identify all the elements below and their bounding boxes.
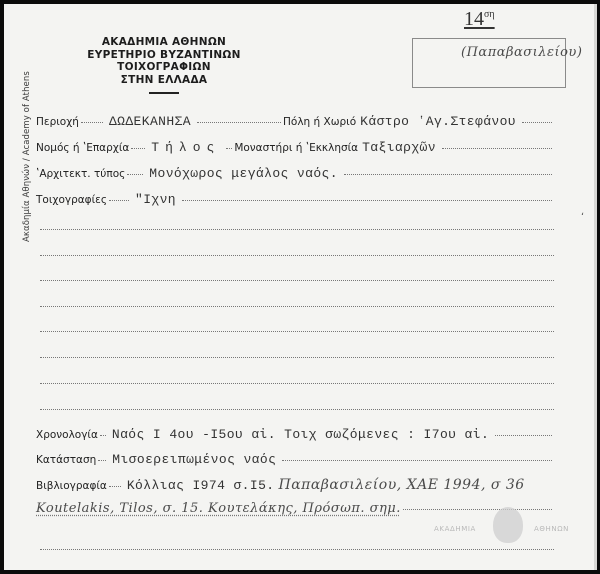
header-rule bbox=[149, 92, 179, 94]
pencil-mark: ʻ bbox=[581, 212, 584, 223]
arch-type-value: Μονόχωρος μεγάλος ναός. bbox=[145, 166, 342, 181]
header-line-index: ΕΥΡΕΤΗΡΙΟ ΒΥΖΑΝΤΙΝΩΝ ΤΟΙΧΟΓΡΑΦΙΩΝ bbox=[44, 49, 284, 74]
card-header: ΑΚΑΔΗΜΙΑ ΑΘΗΝΩΝ ΕΥΡΕΤΗΡΙΟ ΒΥΖΑΝΤΙΝΩΝ ΤΟΙ… bbox=[44, 36, 284, 94]
dot-leader bbox=[282, 459, 552, 461]
blank-line bbox=[40, 229, 554, 230]
prefecture-label: Νομός ή ʽΕπαρχία bbox=[36, 142, 129, 154]
dot-leader bbox=[131, 147, 145, 149]
bibliography-handwritten-1: Παπαβασιλείου, ΧΑΕ 1994, σ 36 bbox=[278, 477, 524, 493]
dot-leader bbox=[127, 173, 143, 175]
condition-value: Μισοερειπωμένος ναός bbox=[108, 452, 280, 467]
arch-type-label: ʽΑρχιτεκτ. τύπος bbox=[36, 168, 125, 180]
blank-line bbox=[40, 409, 554, 410]
frescoes-value: ʺΙχνη bbox=[131, 192, 180, 207]
blank-line bbox=[40, 383, 554, 384]
catalog-stamp-box: (Παπαβασιλείου) bbox=[412, 38, 566, 88]
catalog-number-value: 14 bbox=[464, 8, 484, 30]
header-line-academy: ΑΚΑΔΗΜΙΑ ΑΘΗΝΩΝ bbox=[44, 36, 284, 49]
dot-leader bbox=[98, 459, 106, 461]
bibliography-handwritten-2: Koutelakis, Tilos, σ. 15. Κουτελάκης, Πρ… bbox=[36, 501, 401, 516]
dot-leader bbox=[226, 147, 232, 149]
dot-leader bbox=[442, 147, 552, 149]
town-label: Πόλη ή Χωριό bbox=[283, 116, 356, 128]
row-bibliography-cont: Koutelakis, Tilos, σ. 15. Κουτελάκης, Πρ… bbox=[36, 501, 554, 516]
row-condition: Κατάσταση Μισοερειπωμένος ναός bbox=[36, 452, 554, 467]
dating-label: Χρονολογία bbox=[36, 429, 98, 441]
blank-line bbox=[40, 549, 554, 550]
dating-value: Ναός Ι 4ου -Ι5ου αἰ. Τοιχ σωζόμενες : Ι7… bbox=[108, 427, 493, 442]
region-value: ΔΩΔΕΚΑΝΗΣΑ bbox=[105, 114, 195, 129]
row-prefecture-monastery: Νομός ή ʽΕπαρχία Τήλος Μοναστήρι ή ʽΕκκλ… bbox=[36, 140, 554, 155]
catalog-box-note: (Παπαβασιλείου) bbox=[461, 45, 582, 60]
bibliography-label: Βιβλιογραφία bbox=[36, 480, 107, 492]
dot-leader bbox=[344, 173, 552, 175]
dot-leader bbox=[197, 121, 281, 123]
dot-leader bbox=[109, 485, 121, 487]
town-value: Κάστρο ʽΑγ.Στεφάνου bbox=[356, 114, 520, 129]
bibliography-typed: Κόλλιας Ι974 σ.Ι5. bbox=[123, 478, 279, 493]
catalog-number: 14ση bbox=[464, 8, 495, 31]
row-arch-type: ʽΑρχιτεκτ. τύπος Μονόχωρος μεγάλος ναός. bbox=[36, 166, 554, 181]
blank-line bbox=[40, 255, 554, 256]
row-bibliography: Βιβλιογραφία Κόλλιας Ι974 σ.Ι5. Παπαβασι… bbox=[36, 477, 592, 493]
frescoes-label: Τοιχογραφίες bbox=[36, 194, 107, 206]
monastery-label: Μοναστήρι ή ʽΕκκλησία bbox=[234, 142, 358, 154]
side-watermark: Ακαδημία Αθηνών / Academy of Athens bbox=[22, 32, 36, 242]
blank-line bbox=[40, 357, 554, 358]
dot-leader bbox=[495, 434, 552, 436]
dot-leader bbox=[403, 508, 552, 510]
catalog-number-suffix: ση bbox=[484, 9, 495, 20]
dot-leader bbox=[522, 121, 552, 123]
header-line-greece: ΣΤΗΝ ΕΛΛΑΔΑ bbox=[44, 74, 284, 87]
row-dating: Χρονολογία Ναός Ι 4ου -Ι5ου αἰ. Τοιχ σωζ… bbox=[36, 427, 554, 442]
bottom-watermark-left: ΑΚΑΔΗΜΙΑ bbox=[434, 525, 476, 533]
bottom-watermark-right: ΑΘΗΝΩΝ bbox=[534, 525, 569, 533]
row-region-town: Περιοχή ΔΩΔΕΚΑΝΗΣΑ Πόλη ή Χωριό Κάστρο ʽ… bbox=[36, 114, 554, 129]
dot-leader bbox=[81, 121, 103, 123]
dot-leader bbox=[182, 199, 552, 201]
prefecture-value: Τήλος bbox=[147, 140, 224, 155]
blank-line bbox=[40, 306, 554, 307]
region-label: Περιοχή bbox=[36, 116, 79, 128]
condition-label: Κατάσταση bbox=[36, 454, 96, 466]
blank-line bbox=[40, 280, 554, 281]
dot-leader bbox=[100, 434, 106, 436]
academy-owl-watermark-icon bbox=[493, 507, 523, 543]
dot-leader bbox=[109, 199, 129, 201]
monastery-value: Ταξιαρχῶν bbox=[358, 140, 440, 155]
row-frescoes: Τοιχογραφίες ʺΙχνη bbox=[36, 192, 554, 207]
blank-line bbox=[40, 331, 554, 332]
fresco-index-card: Ακαδημία Αθηνών / Academy of Athens ΑΚΑΔ… bbox=[4, 4, 597, 570]
